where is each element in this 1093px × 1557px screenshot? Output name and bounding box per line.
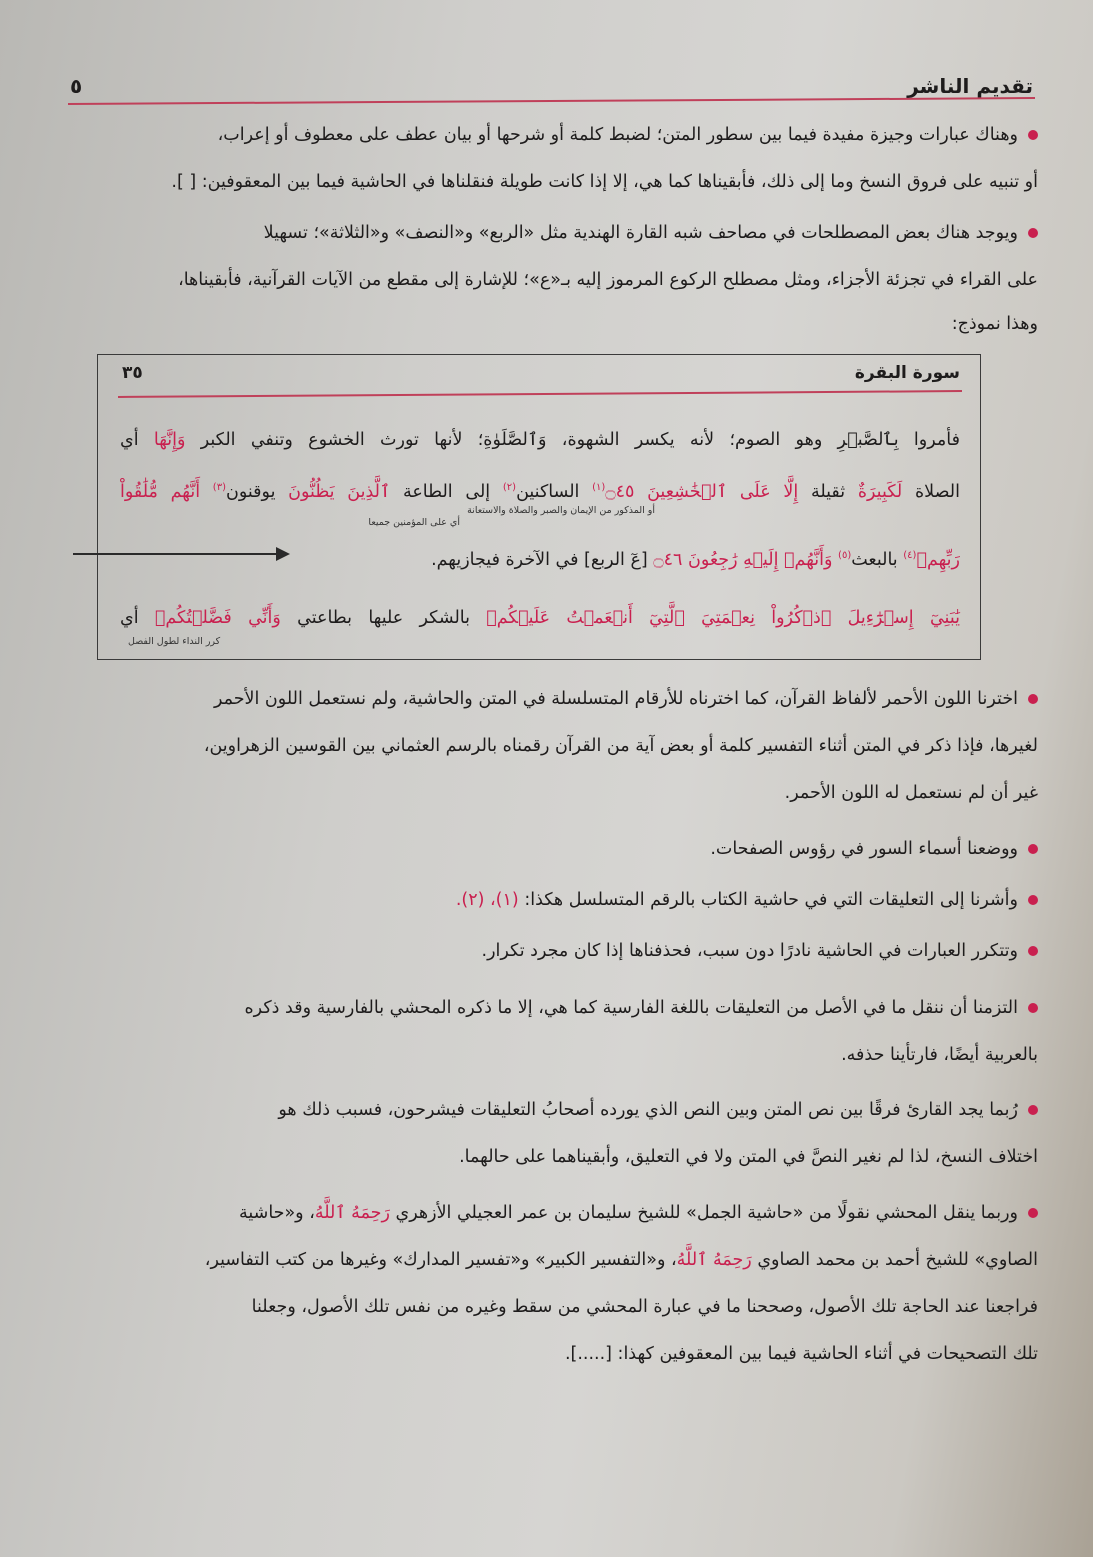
quran-text: وَإِنَّهَا: [154, 430, 186, 450]
footnote-marker: (٣): [213, 482, 226, 493]
bullet-icon: [1028, 1105, 1038, 1115]
sample-header-rule: [118, 390, 962, 398]
bullet-icon: [1028, 895, 1038, 905]
bullet-icon: [1028, 946, 1038, 956]
bullet-icon: [1028, 1208, 1038, 1218]
bullet-icon: [1028, 844, 1038, 854]
book-page: تقديم الناشر ٥ وهناك عبارات وجيزة مفيدة …: [0, 0, 1093, 1557]
quran-text: وَأَنِّي فَضَّلۡتُكُمۡ: [155, 608, 281, 628]
paragraph-surah-names: ووضعنا أسماء السور في رؤوس الصفحات.: [45, 826, 1038, 873]
paragraph-footnote-numbering: وأشرنا إلى التعليقات التي في حاشية الكتا…: [45, 877, 1038, 924]
interlinear-gloss: أو المذكور من الإيمان والصبر والصلاة وال…: [467, 505, 655, 516]
quran-text: ٱلَّذِينَ يَظُنُّونَ: [288, 482, 390, 502]
paragraph-repetitions: وتتكرر العبارات في الحاشية نادرًا دون سب…: [45, 928, 1038, 975]
sample-line-2: الصلاة لَكَبِيرَةٌ ثقيلة إِلَّا عَلَى ٱل…: [120, 473, 960, 507]
sample-page-number: ٣٥: [122, 363, 143, 383]
quran-text: لَكَبِيرَةٌ: [858, 482, 902, 502]
quran-text: إِلَّا عَلَى ٱلۡخَٰشِعِينَ ۝٤٥: [605, 482, 798, 502]
page-number: ٥: [70, 74, 82, 98]
quran-text: رَبِّهِمۡ: [916, 550, 960, 570]
arrow-icon: [73, 553, 278, 555]
paragraph-subcontinent-terms: ويوجد هناك بعض المصطلحات في مصاحف شبه ال…: [45, 210, 1038, 344]
bullet-icon: [1028, 1003, 1038, 1013]
footnote-marker: (٤): [903, 550, 916, 561]
running-head: تقديم الناشر ٥: [70, 62, 1033, 98]
sample-line-1: فأمروا بِٱلصَّبۡرِ وهو الصوم؛ لأنه يكسر …: [120, 425, 960, 455]
quran-text: أَنَّهُم مُّلَٰقُواْ: [120, 482, 200, 502]
sample-line-4: يَٰبَنِيٓ إِسۡرَٰٓءِيلَ ٱذۡكُرُواْ نِعۡم…: [120, 603, 960, 633]
bullet-icon: [1028, 130, 1038, 140]
sample-header: سورة البقرة ٣٥: [122, 359, 960, 387]
header-rule: [68, 97, 1035, 105]
paragraph-text-differences: رُبما يجد القارئ فرقًا بين نص المتن وبين…: [45, 1087, 1038, 1181]
footnote-marker: (١): [592, 482, 605, 493]
paragraph-persian-notes: التزمنا أن ننقل ما في الأصل من التعليقات…: [45, 985, 1038, 1079]
bullet-icon: [1028, 694, 1038, 704]
sample-line-3: رَبِّهِمۡ(٤) بالبعث(٥) وَأَنَّهُمۡ إِلَي…: [431, 541, 960, 575]
paragraph-sources: وربما ينقل المحشي نقولًا من «حاشية الجمل…: [45, 1190, 1038, 1378]
quran-text: وَأَنَّهُمۡ إِلَيۡهِ رَٰجِعُونَ ۝٤٦: [653, 550, 832, 570]
running-title: تقديم الناشر: [907, 74, 1033, 98]
sample-surah-name: سورة البقرة: [855, 363, 960, 383]
footnote-marker: (٥): [838, 550, 851, 561]
interlinear-gloss: أي على المؤمنين جميعا: [368, 517, 460, 528]
paragraph-red-color: اخترنا اللون الأحمر لألفاظ القرآن، كما ا…: [45, 676, 1038, 817]
bullet-icon: [1028, 228, 1038, 238]
footnote-marker: (٢): [503, 482, 516, 493]
interlinear-gloss: كرر النداء لطول الفصل: [128, 636, 220, 647]
quran-text: يَٰبَنِيٓ إِسۡرَٰٓءِيلَ ٱذۡكُرُواْ نِعۡم…: [486, 608, 960, 628]
paragraph-interlinear-notes: وهناك عبارات وجيزة مفيدة فيما بين سطور ا…: [45, 112, 1038, 206]
sample-page-box: سورة البقرة ٣٥ فأمروا بِٱلصَّبۡرِ وهو ال…: [97, 354, 981, 660]
